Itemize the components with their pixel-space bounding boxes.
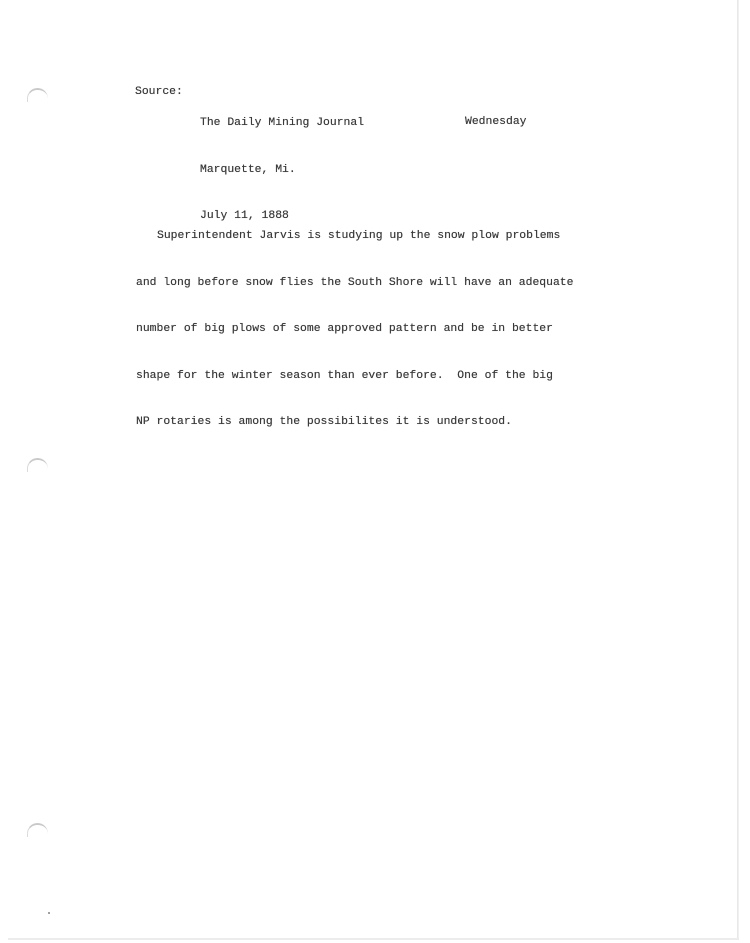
weekday-label: Wednesday <box>465 115 527 131</box>
scan-speck <box>48 912 50 914</box>
hole-punch-mark-middle <box>27 458 48 472</box>
page-edge-right <box>737 0 739 940</box>
body-line: Superintendent Jarvis is studying up the… <box>136 229 573 245</box>
body-line: NP rotaries is among the possibilites it… <box>136 415 573 431</box>
source-location: Marquette, Mi. <box>200 163 364 179</box>
body-line: shape for the winter season than ever be… <box>136 369 573 385</box>
source-label: Source: <box>135 85 183 101</box>
page-edge-bottom <box>8 938 739 940</box>
body-line: and long before snow flies the South Sho… <box>136 276 573 292</box>
document-page: Source: The Daily Mining Journal Marquet… <box>0 0 750 943</box>
hole-punch-mark-top <box>27 88 48 102</box>
article-body: Superintendent Jarvis is studying up the… <box>136 198 573 462</box>
body-line: number of big plows of some approved pat… <box>136 322 573 338</box>
hole-punch-mark-bottom <box>27 823 48 837</box>
source-publication: The Daily Mining Journal <box>200 116 364 132</box>
